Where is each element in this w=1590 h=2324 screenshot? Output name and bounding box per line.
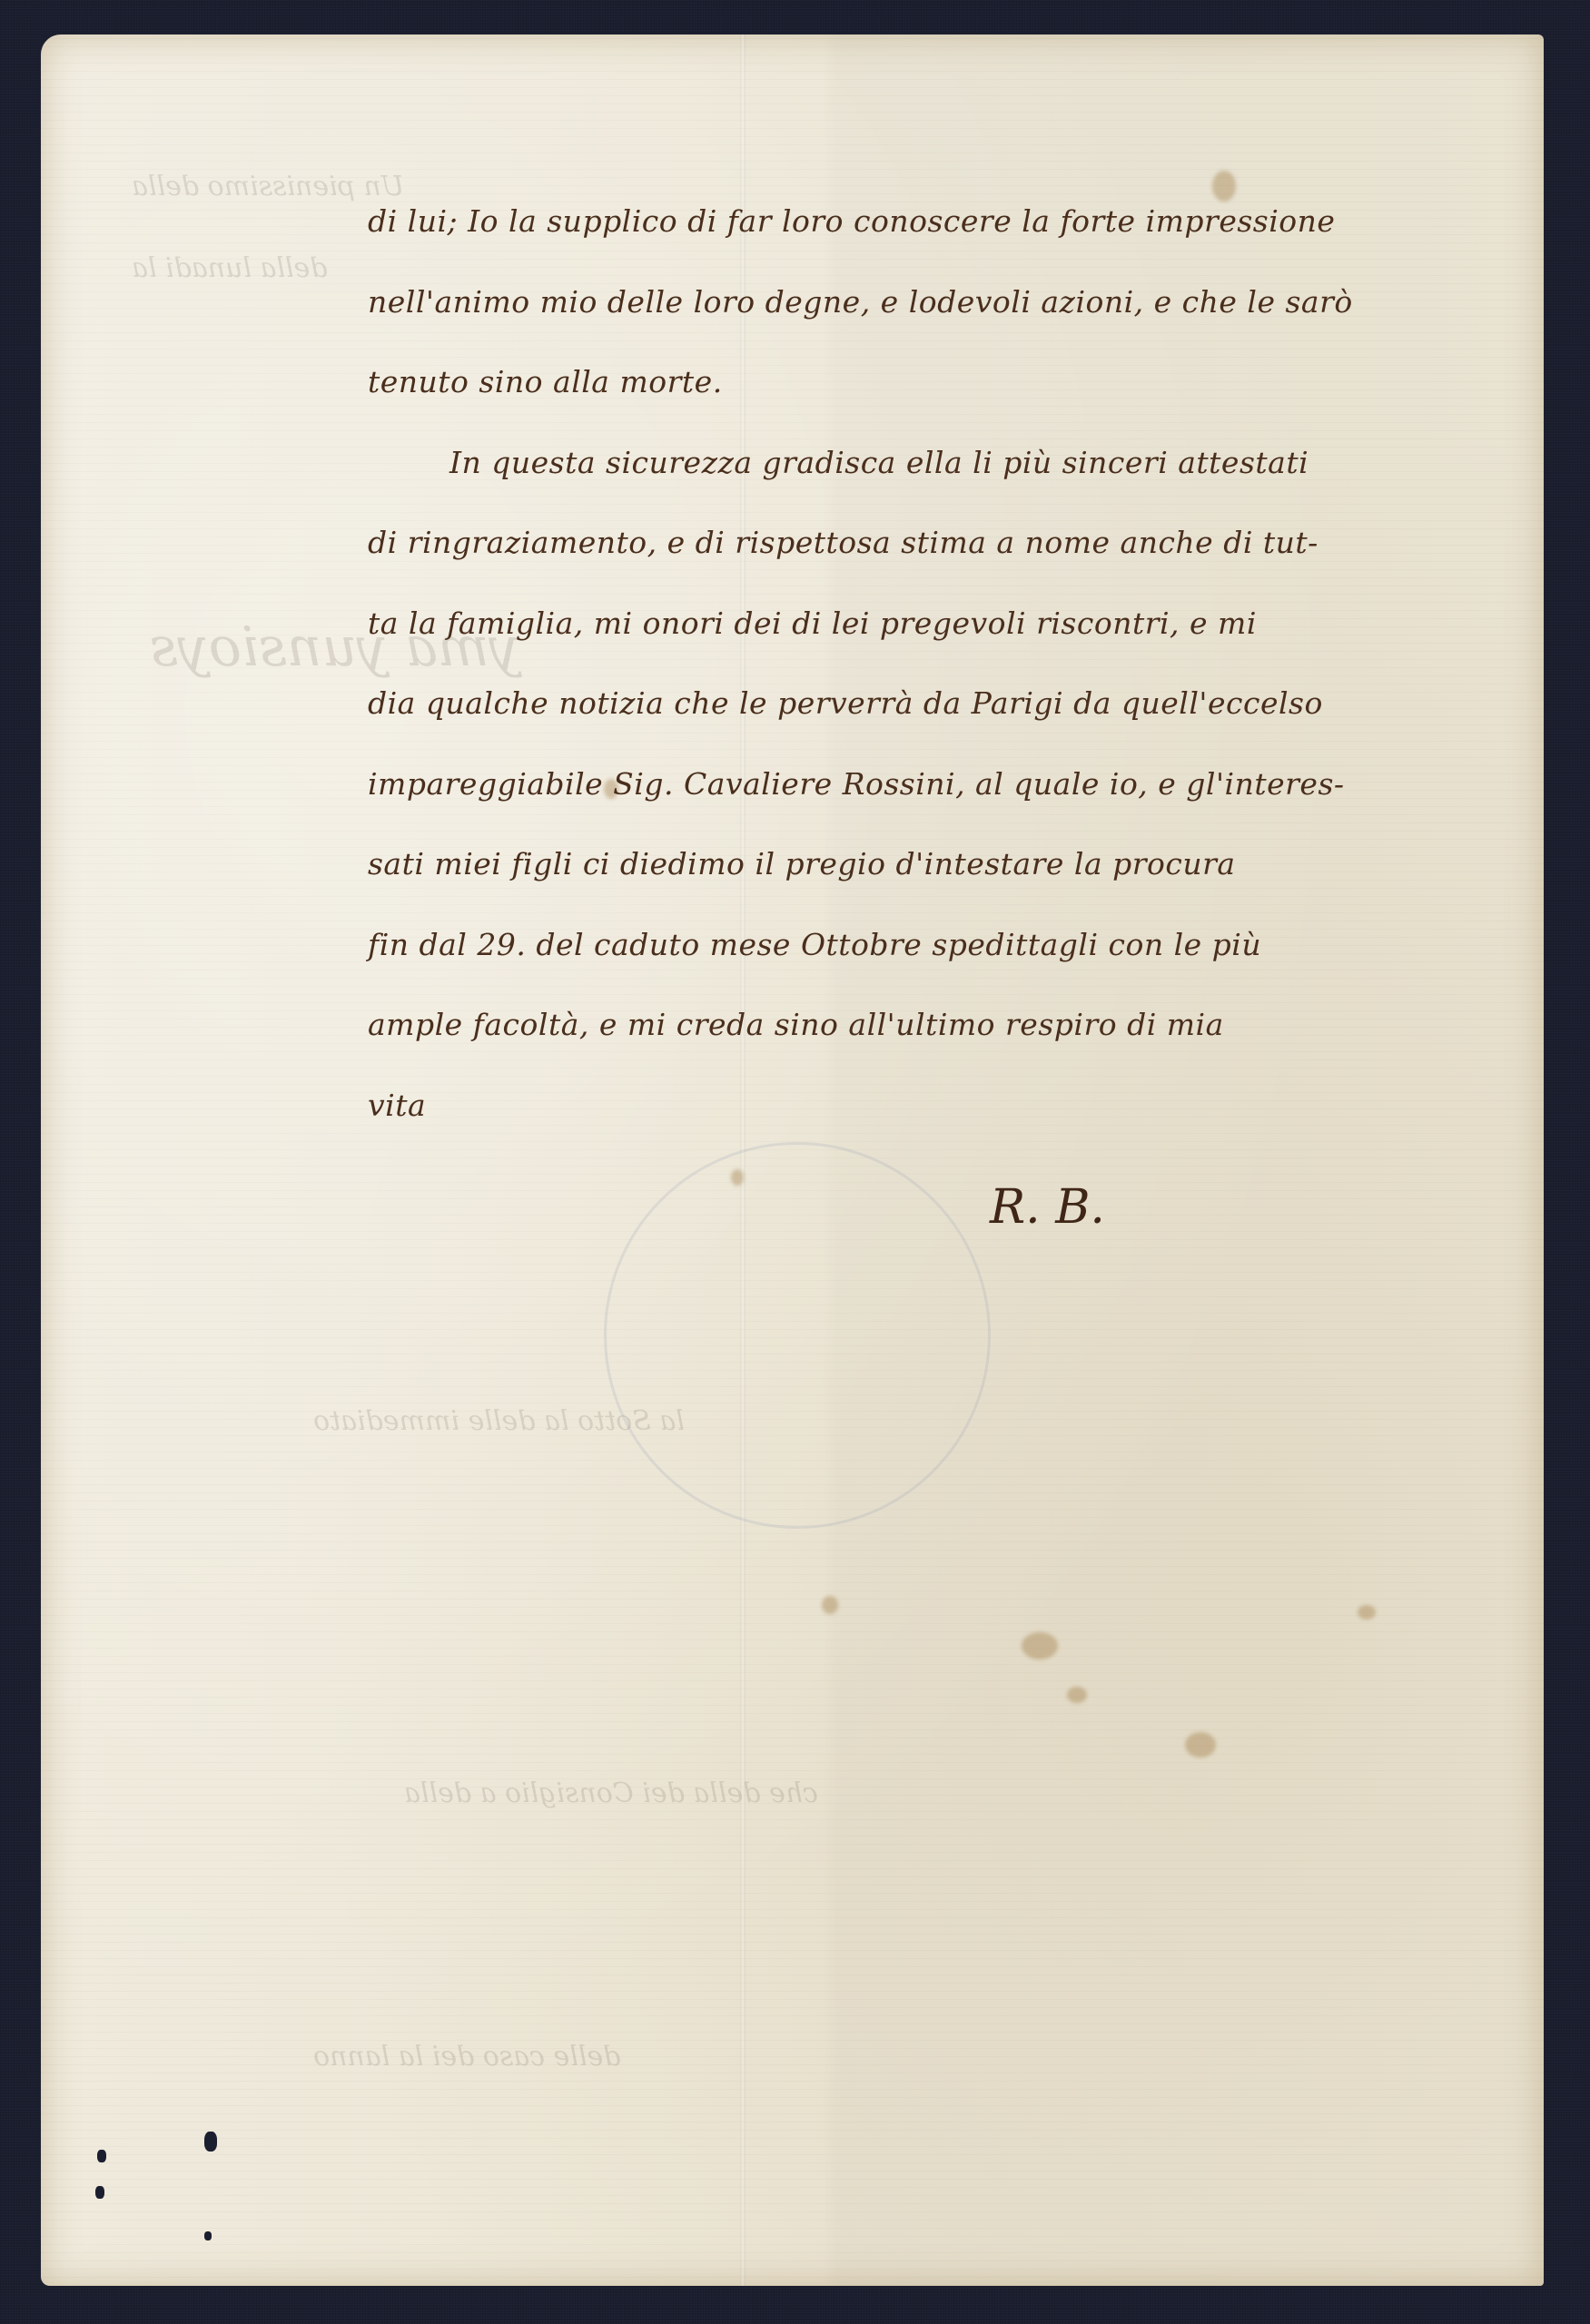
paper-hole	[97, 2150, 106, 2162]
letter-line: impareggiabile Sig. Cavaliere Rossini, a…	[368, 744, 1494, 825]
paper-hole	[204, 2132, 217, 2152]
foxing-stain	[1185, 1732, 1216, 1758]
letter-line: di ringraziamento, e di rispettosa stima…	[368, 503, 1494, 584]
letter-line: fin dal 29. del caduto mese Ottobre sped…	[368, 905, 1494, 986]
bleed-through-text: delle caso dei la lanno	[313, 2041, 620, 2073]
letter-body: di lui; Io la supplico di far loro conos…	[368, 182, 1494, 1146]
signature: R. B.	[990, 1180, 1105, 1235]
letter-line: ta la famiglia, mi onori dei di lei preg…	[368, 584, 1494, 665]
paper-hole	[95, 2186, 104, 2199]
letter-line: di lui; Io la supplico di far loro conos…	[368, 182, 1494, 262]
paper-hole	[204, 2231, 212, 2240]
bleed-through-text: la Sotto la delle immediato	[313, 1405, 685, 1437]
letter-line: tenuto sino alla morte.	[368, 342, 1494, 423]
foxing-stain	[822, 1596, 838, 1614]
bleed-through-text: che della dei Consiglio a della	[404, 1777, 818, 1809]
letter-line: dia qualche notizia che le perverrà da P…	[368, 664, 1494, 744]
bleed-through-text: della lunadi la	[132, 252, 328, 284]
letter-line: In questa sicurezza gradisca ella li più…	[368, 423, 1494, 504]
foxing-stain	[1022, 1632, 1058, 1659]
foxing-stain	[1067, 1687, 1087, 1703]
letter-line: sati miei figli ci diedimo il pregio d'i…	[368, 824, 1494, 905]
foxing-stain	[731, 1169, 744, 1186]
letter-line: ample facoltà, e mi creda sino all'ultim…	[368, 985, 1494, 1066]
foxing-stain	[1358, 1605, 1376, 1620]
bleed-through-text: Un pienissimo della	[132, 171, 404, 202]
letter-line: vita	[368, 1066, 1494, 1147]
faint-stamp-watermark	[604, 1142, 991, 1529]
letter-line: nell'animo mio delle loro degne, e lodev…	[368, 262, 1494, 343]
